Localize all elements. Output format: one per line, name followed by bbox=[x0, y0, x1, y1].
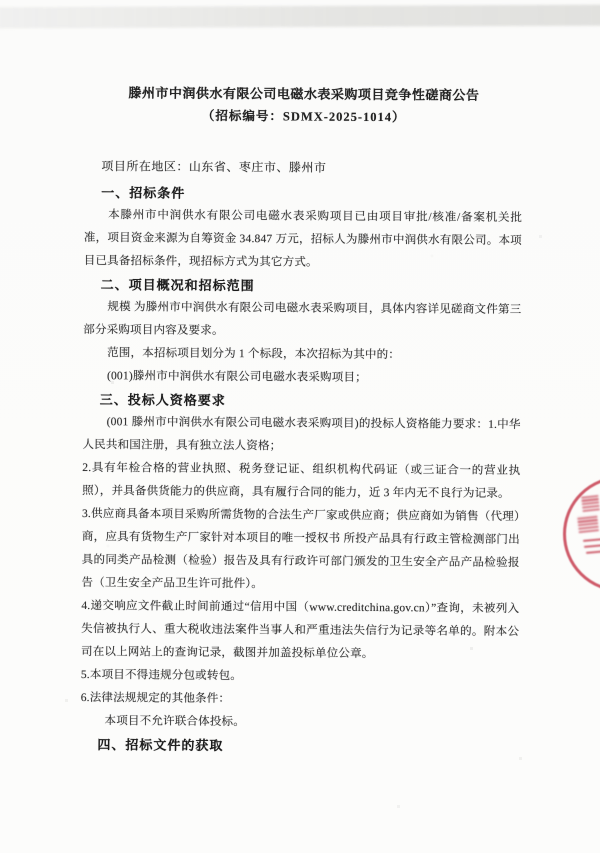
seal-wave-line bbox=[583, 538, 600, 542]
scanner-shadow-band bbox=[0, 5, 600, 29]
scanned-document-page: 滕州市中润供水有限公司电磁水表采购项目竞争性磋商公告 （招标编号：SDMX-20… bbox=[0, 0, 600, 853]
seal-wave-line bbox=[586, 550, 600, 554]
paragraph: 范围，本招标项目划分为 1 个标段，本次招标为其中的： bbox=[83, 342, 521, 368]
section-heading-3-bidder-qualifications: 三、投标人资格要求 bbox=[100, 388, 521, 414]
seal-glyph-mark bbox=[581, 495, 599, 512]
official-seal-stamp bbox=[563, 476, 600, 592]
tender-number-line: （招标编号：SDMX-2025-1014） bbox=[85, 107, 523, 127]
document-title: 滕州市中润供水有限公司电磁水表采购项目竞争性磋商公告 bbox=[85, 84, 523, 104]
paragraph: 4.递交响应文件截止时间前通过“信用中国（www.creditchina.gov… bbox=[81, 595, 519, 667]
paragraph: 5.本项目不得违规分包或转包。 bbox=[81, 664, 519, 690]
paragraph: (001 滕州市中润供水有限公司电磁水表采购项目)的投标人资格能力要求：1.中华… bbox=[82, 411, 520, 460]
paragraph: 规模 为滕州市中润供水有限公司电磁水表采购项目，具体内容详见磋商文件第三部分采购… bbox=[83, 296, 521, 345]
seal-wave-line bbox=[584, 544, 600, 548]
seal-glyph-mark bbox=[577, 514, 599, 533]
paragraph: 本项目不允许联合体投标。 bbox=[80, 710, 518, 736]
scan-noise-speckles bbox=[0, 0, 1, 1]
document-body: 滕州市中润供水有限公司电磁水表采购项目竞争性磋商公告 （招标编号：SDMX-20… bbox=[80, 84, 523, 759]
section-heading-4-obtaining-tender-documents: 四、招标文件的获取 bbox=[97, 733, 518, 759]
section-heading-2-project-overview: 二、项目概况和招标范围 bbox=[101, 273, 522, 299]
project-location-line: 项目所在地区：山东省、枣庄市、滕州市 bbox=[101, 155, 522, 181]
section-heading-1-tender-conditions: 一、招标条件 bbox=[101, 181, 522, 207]
paragraph: 本滕州市中润供水有限公司电磁水表采购项目已由项目审批/核准/备案机关批准，项目资… bbox=[84, 204, 522, 276]
paragraph: 3.供应商具备本项目采购所需货物的合法生产厂家或供应商；供应商如为销售（代理）商… bbox=[81, 503, 520, 598]
paragraph: 6.法律法规规定的其他条件： bbox=[81, 687, 519, 713]
paragraph: 2.具有年检合格的营业执照、税务登记证、组织机构代码证（或三证合一的营业执照），… bbox=[82, 457, 520, 506]
paragraph: (001)滕州市中润供水有限公司电磁水表采购项目； bbox=[83, 365, 521, 391]
